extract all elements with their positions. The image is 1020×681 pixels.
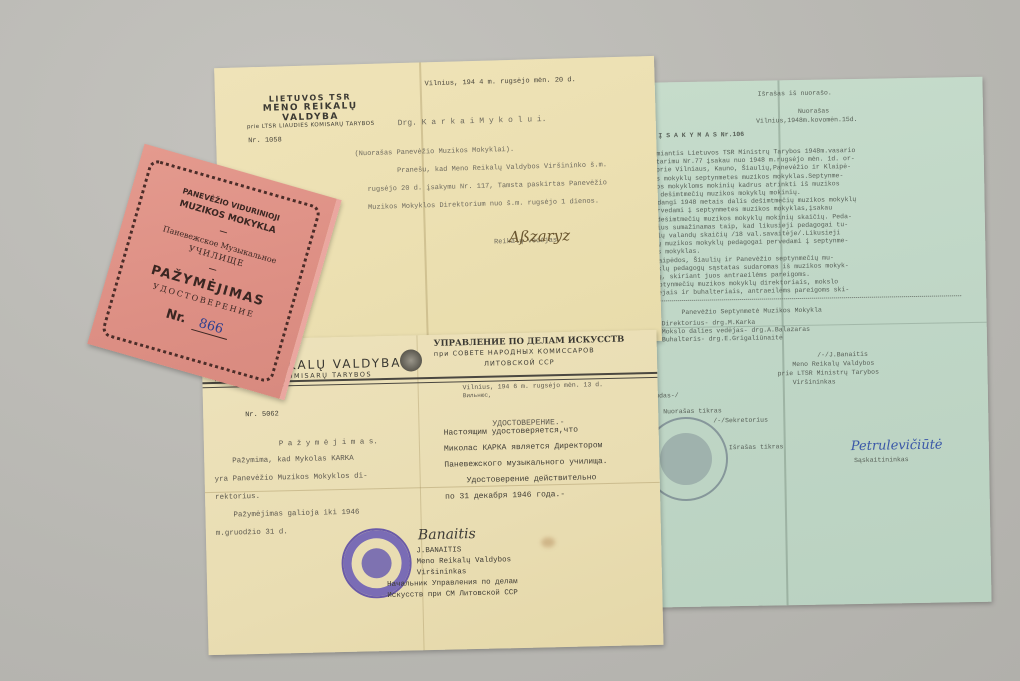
staff-list: Direktorius- drg.M.KarkaMokslo dalies ve… <box>607 77 982 84</box>
body-lt-line: yra Panevėžio Muzikos Mokyklos di- <box>215 472 368 483</box>
order-paragraphs: Remiantis Lietuvos TSR Ministrų Tarybos … <box>607 77 982 84</box>
staff-line: Buhalteris- drg.E.Grigaliūnaitė <box>662 334 783 343</box>
body-lt-line: m.gruodžio 31 d. <box>216 528 288 538</box>
fold-crease <box>205 482 660 493</box>
place-date: Vilnius,1948m.kovomėn.15d. <box>756 116 858 125</box>
accountant-signature: Petrulevičiūtė <box>851 438 943 455</box>
staff-line: Mokslo dalies vedėjas- drg.A.Balazaras <box>662 326 810 336</box>
subject: (Nuorašas Panevėžio Muzikos Mokyklai). <box>354 146 514 158</box>
letter-body: Pranešu, kad Meno Reikalų Valdybos Virši… <box>214 56 654 68</box>
body-ru-line: Миколас КАРКА является Директором <box>444 441 603 454</box>
extract-true: Išrašas tikras <box>729 443 784 451</box>
body-ru-line: Настоящим удостоверяется,что <box>444 426 579 438</box>
body-line: Muzikos Mokyklos Direktorium nuo š.m. ru… <box>368 198 599 212</box>
signatory-line: Meno Reikalų Valdybos <box>792 360 874 368</box>
signatory-line: /-/J.Banaitis <box>817 351 868 359</box>
top-note: Išrašas iš nuorašo. <box>758 89 832 97</box>
signatory-block: /-/J.BanaitisMeno Reikalų Valdybosprie L… <box>607 77 982 84</box>
signatory-line: J.BANAITIS <box>416 546 461 555</box>
body-lt-line: Pažymėjimas galioja iki 1946 <box>233 509 359 520</box>
signatory-line: Искусств при СМ Литовской ССР <box>387 589 518 600</box>
copy-true: Nuorašas tikras <box>663 407 722 415</box>
signature: Aßzaryz <box>509 226 571 246</box>
body-line: rugsėjo 20 d. įsakymu Nr. 117, Tamsta pa… <box>367 179 607 194</box>
title-lt: P a ž y m ė j i m a s. <box>279 438 378 448</box>
director-signature: Banaitis <box>418 526 476 543</box>
copy-label: Nuorašas <box>798 107 829 115</box>
stain <box>541 537 555 547</box>
school-heading: Panevėžio Septynmetė Muzikos Mokykla <box>681 307 822 316</box>
certificate-number: Nr. 5062 <box>245 410 279 419</box>
signatory-line: Meno Reikalų Valdybos <box>416 556 511 566</box>
signatory-line: Viršininkas <box>793 378 836 386</box>
letterhead: LIETUVOS TSR MENO REIKALŲ VALDYBA prie L… <box>235 91 386 130</box>
certificate-date-ru: Вильнюс, <box>463 392 492 400</box>
teal-order-document: Išrašas iš nuorašo. Nuorašas Vilnius,194… <box>607 77 991 608</box>
header-right-line3: ЛИТОВСКОЙ ССР <box>484 358 555 368</box>
body-ru-line: по 31 декабря 1946 года.- <box>445 490 565 502</box>
order-title: Į S A K Y M A S Nr.106 <box>658 131 744 139</box>
signatory-line: Начальник Управления по делам <box>387 578 518 589</box>
signatory-line: prie LTSR Ministrų Tarybos <box>777 369 879 378</box>
state-emblem-icon <box>400 349 422 371</box>
secretary: /-/Sekretorius <box>713 417 768 425</box>
signatory-line: Viršininkas <box>417 568 467 577</box>
accountant: Sąskaitininkas <box>854 456 909 464</box>
letter-number: Nr. 1058 <box>248 136 282 145</box>
body-lt-line: Pažymima, kad Mykolas KARKA <box>232 455 354 466</box>
body-ru-line: Паневежского музыкального училища. <box>444 457 607 470</box>
certificate-date: Vilnius, 194 6 m. rugsėjo mėn. 13 d. <box>463 381 604 391</box>
letter-date: Vilnius, 194 4 m. rugsėjo mėn. 20 d. <box>425 76 576 88</box>
body-lt-line: rektorius. <box>215 493 260 502</box>
body-line: Pranešu, kad Meno Reikalų Valdybos Virši… <box>397 161 607 175</box>
